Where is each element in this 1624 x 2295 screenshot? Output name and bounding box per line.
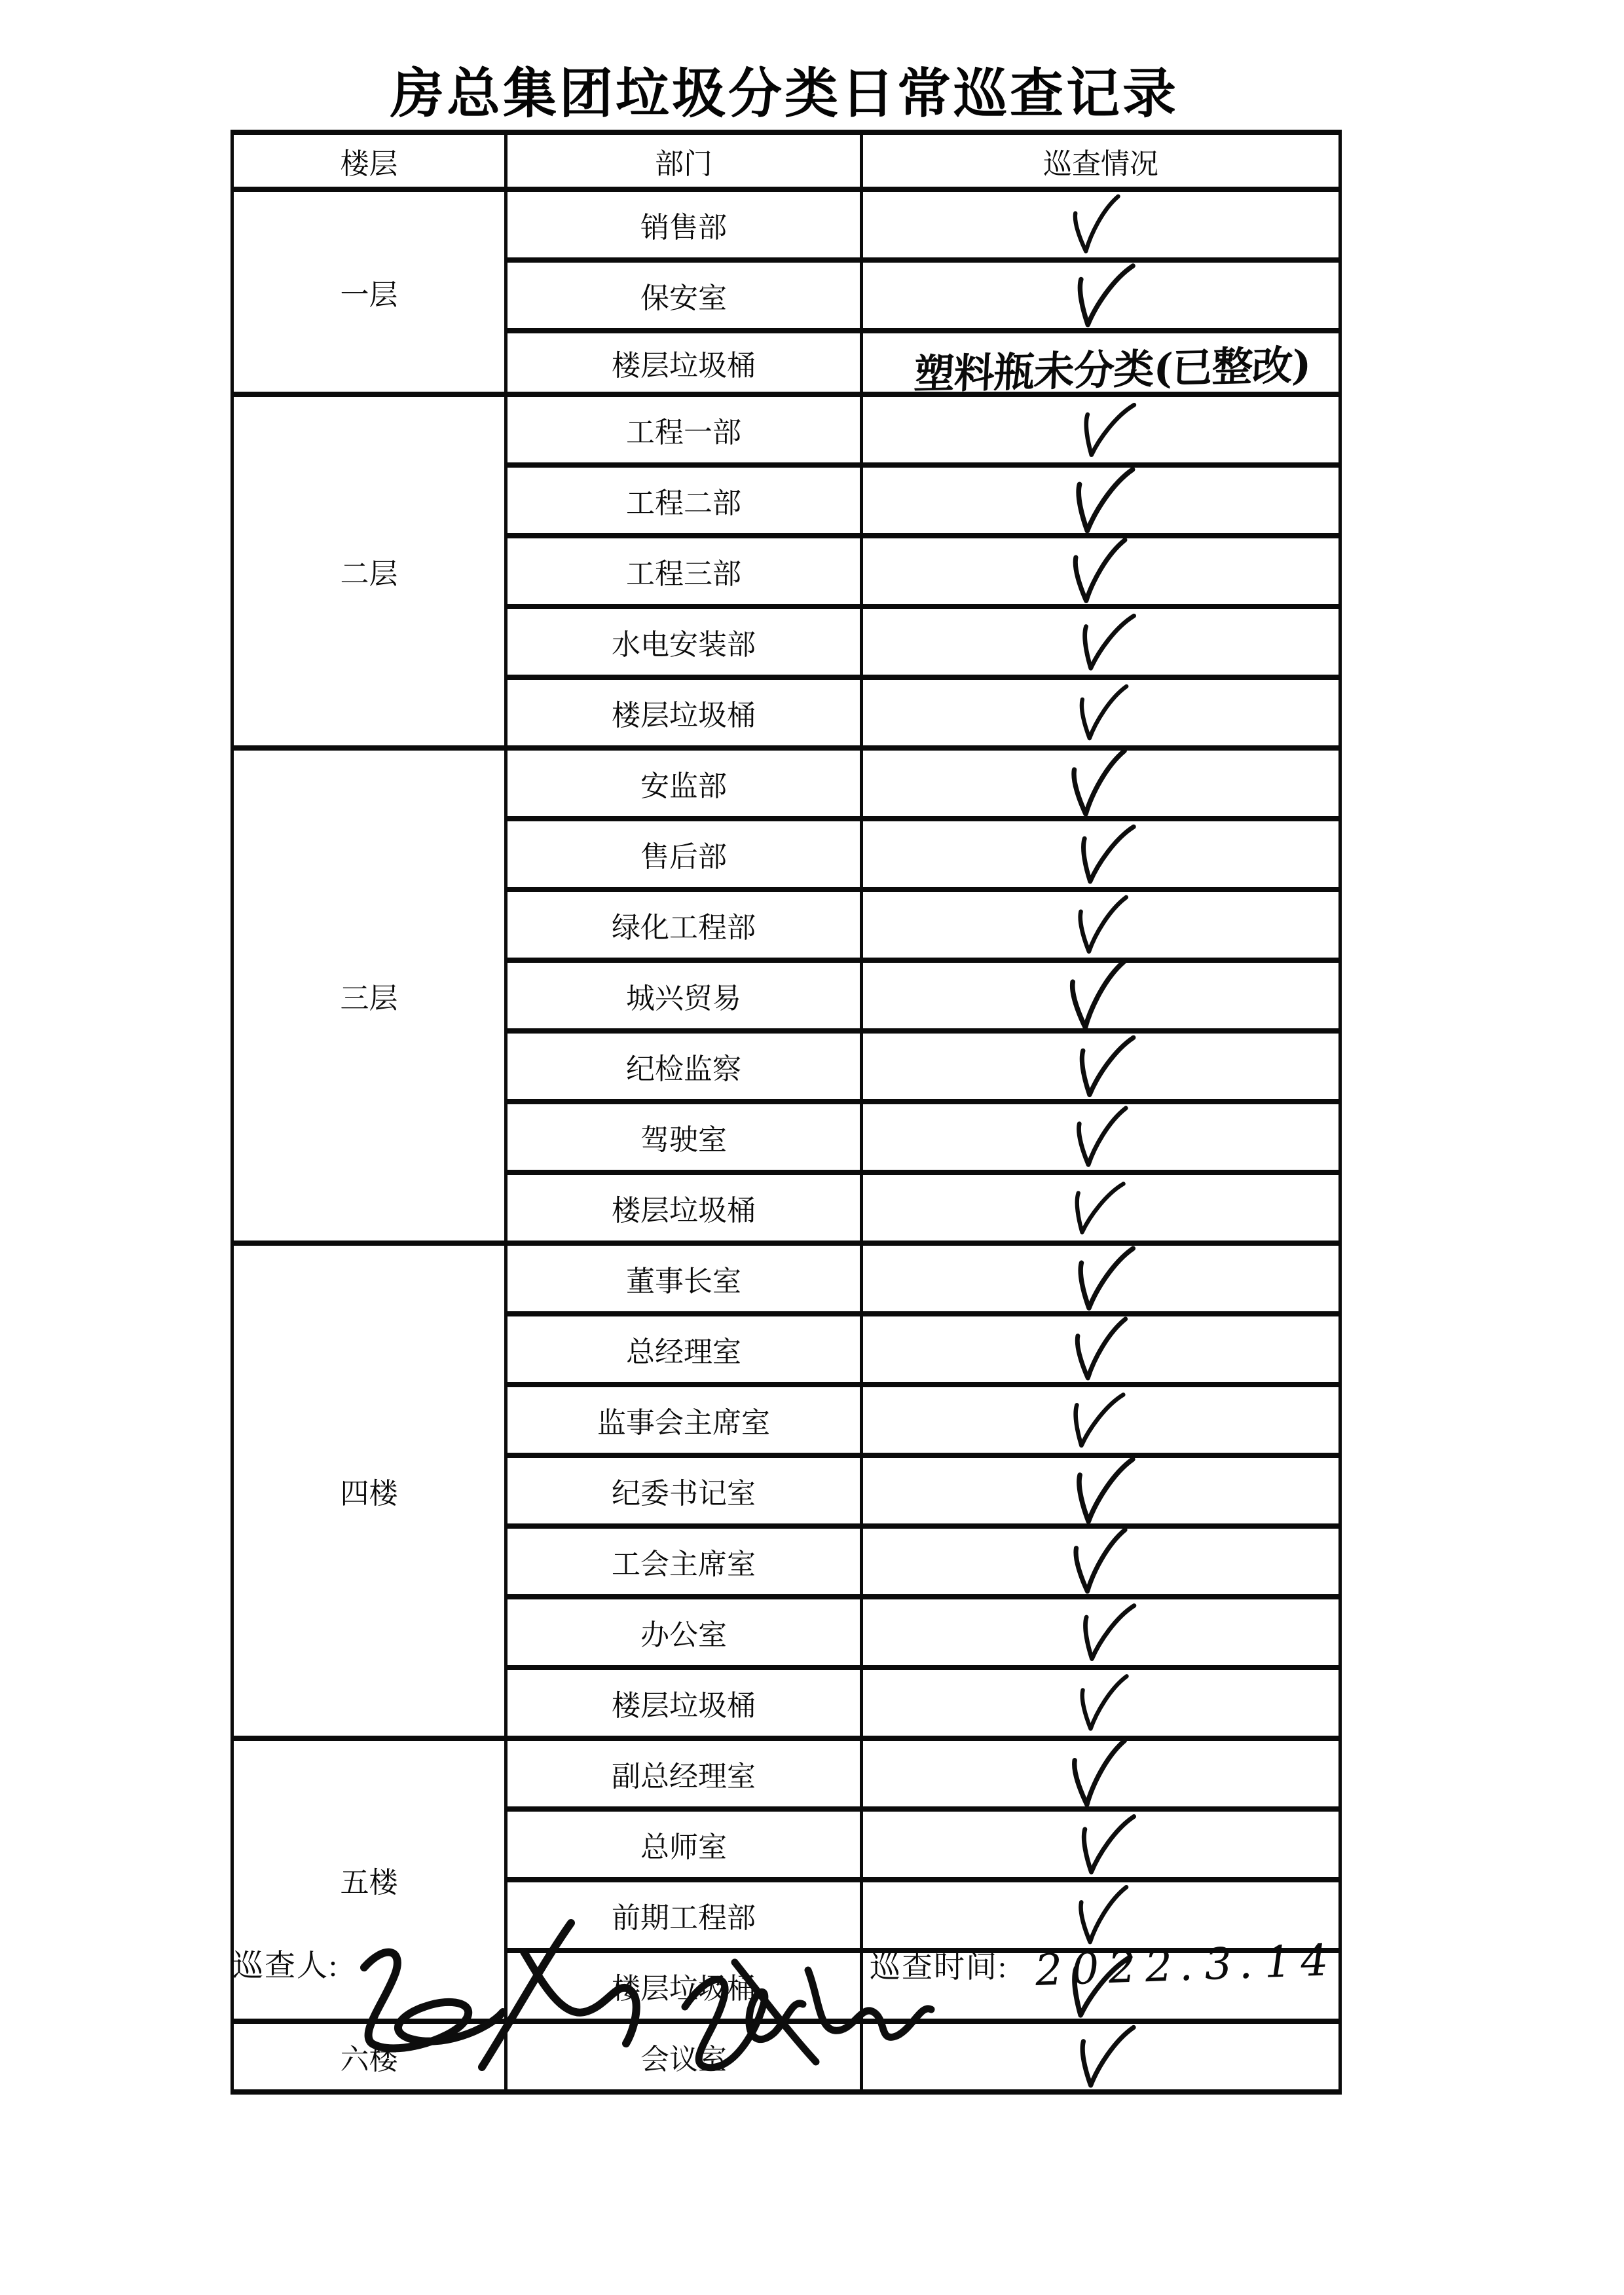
department-cell: 纪检监察: [506, 1031, 862, 1102]
column-header-department: 部门: [506, 132, 862, 189]
status-cell: [862, 1455, 1340, 1526]
status-cell: [862, 260, 1340, 331]
checkmark-icon: [1067, 1243, 1140, 1314]
checkmark-icon: [1065, 259, 1140, 331]
checkmark-icon: [1065, 1455, 1139, 1527]
inspector-label: 巡查人:: [232, 1941, 339, 1985]
checkmark-icon: [1061, 1525, 1136, 1597]
status-cell: [862, 748, 1340, 819]
status-cell: [862, 1102, 1340, 1172]
department-cell: 副总经理室: [506, 1738, 862, 1809]
department-cell: 总师室: [506, 1809, 862, 1880]
department-cell: 楼层垃圾桶: [506, 331, 862, 394]
handwritten-note: 塑料瓶未分类(已整改): [913, 333, 1312, 401]
status-cell: [862, 1031, 1340, 1102]
status-cell: [862, 1809, 1340, 1880]
department-cell: 楼层垃圾桶: [506, 677, 862, 748]
status-cell: [862, 819, 1340, 889]
status-cell: [862, 1172, 1340, 1243]
department-cell: 售后部: [506, 819, 862, 889]
floor-cell: 二层: [232, 394, 506, 748]
department-cell: 工程一部: [506, 394, 862, 465]
checkmark-icon: [1061, 536, 1135, 606]
checkmark-icon: [1064, 464, 1139, 537]
department-cell: 监事会主席室: [506, 1385, 862, 1455]
checkmark-icon: [1068, 893, 1133, 956]
table-row: 五楼副总经理室: [232, 1738, 1340, 1809]
checkmark-icon: [1059, 1736, 1137, 1811]
department-cell: 水电安装部: [506, 606, 862, 677]
inspector-signature-scribble-icon: [327, 1920, 694, 2078]
table-row: 三层安监部: [232, 748, 1340, 819]
header-row: 楼层 部门 巡查情况: [232, 132, 1340, 189]
status-cell: [862, 1314, 1340, 1385]
department-cell: 办公室: [506, 1597, 862, 1668]
status-cell: [862, 536, 1340, 606]
checkmark-icon: [1057, 957, 1137, 1034]
checkmark-icon: [1071, 1599, 1141, 1666]
status-cell: [862, 1597, 1340, 1668]
page-title: 房总集团垃圾分类日常巡查记录: [231, 51, 1338, 128]
status-cell: [862, 1526, 1340, 1597]
department-cell: 城兴贸易: [506, 960, 862, 1031]
status-cell: [862, 677, 1340, 748]
table-row: 二层工程一部: [232, 394, 1340, 465]
inspection-table: 楼层 部门 巡查情况 一层销售部保安室楼层垃圾桶塑料瓶未分类(已整改)二层工程一…: [231, 130, 1342, 2095]
status-cell: [862, 960, 1340, 1031]
floor-cell: 四楼: [232, 1243, 506, 1738]
status-cell: [862, 1738, 1340, 1809]
inspection-time-label: 巡查时间:: [870, 1943, 1008, 1987]
department-cell: 楼层垃圾桶: [506, 1172, 862, 1243]
inspection-time-handwritten-value: 2022.3.14: [1031, 1935, 1341, 1996]
floor-cell: 三层: [232, 748, 506, 1243]
footer: 巡查人: 巡查时间: 2022.3.14: [0, 1930, 1624, 2139]
status-cell: [862, 394, 1340, 465]
department-cell: 驾驶室: [506, 1102, 862, 1172]
checkmark-icon: [1061, 1387, 1130, 1453]
department-cell: 绿化工程部: [506, 889, 862, 960]
checkmark-icon: [1063, 1315, 1135, 1383]
department-cell: 工程二部: [506, 465, 862, 536]
status-cell: [862, 189, 1340, 260]
department-cell: 董事长室: [506, 1243, 862, 1314]
checkmark-icon: [1070, 608, 1140, 676]
department-cell: 工会主席室: [506, 1526, 862, 1597]
checkmark-icon: [1066, 1104, 1134, 1170]
checkmark-icon: [1071, 1673, 1134, 1734]
checkmark-icon: [1062, 193, 1129, 257]
scanned-inspection-record-page: 房总集团垃圾分类日常巡查记录 楼层 部门 巡查情况 一层销售部保安室楼层垃圾桶塑…: [0, 0, 1624, 2295]
table-row: 四楼董事长室: [232, 1243, 1340, 1314]
department-cell: 保安室: [506, 260, 862, 331]
checkmark-icon: [1068, 1032, 1141, 1102]
checkmark-icon: [1063, 1176, 1130, 1241]
floor-cell: 一层: [232, 189, 506, 394]
status-cell: [862, 1668, 1340, 1738]
status-cell: 塑料瓶未分类(已整改): [862, 331, 1340, 394]
status-cell: [862, 889, 1340, 960]
checkmark-icon: [1071, 396, 1141, 463]
department-cell: 工程三部: [506, 536, 862, 606]
checkmark-icon: [1069, 819, 1140, 888]
status-cell: [862, 465, 1340, 536]
column-header-status: 巡查情况: [862, 132, 1340, 189]
checkmark-icon: [1071, 683, 1133, 743]
status-cell: [862, 1385, 1340, 1455]
checkmark-icon: [1059, 746, 1135, 820]
table-row: 一层销售部: [232, 189, 1340, 260]
column-header-floor: 楼层: [232, 132, 506, 189]
status-cell: [862, 606, 1340, 677]
department-cell: 安监部: [506, 748, 862, 819]
department-cell: 总经理室: [506, 1314, 862, 1385]
department-cell: 纪委书记室: [506, 1455, 862, 1526]
department-cell: 楼层垃圾桶: [506, 1668, 862, 1738]
checkmark-icon: [1070, 1810, 1140, 1878]
status-cell: [862, 1243, 1340, 1314]
department-cell: 销售部: [506, 189, 862, 260]
